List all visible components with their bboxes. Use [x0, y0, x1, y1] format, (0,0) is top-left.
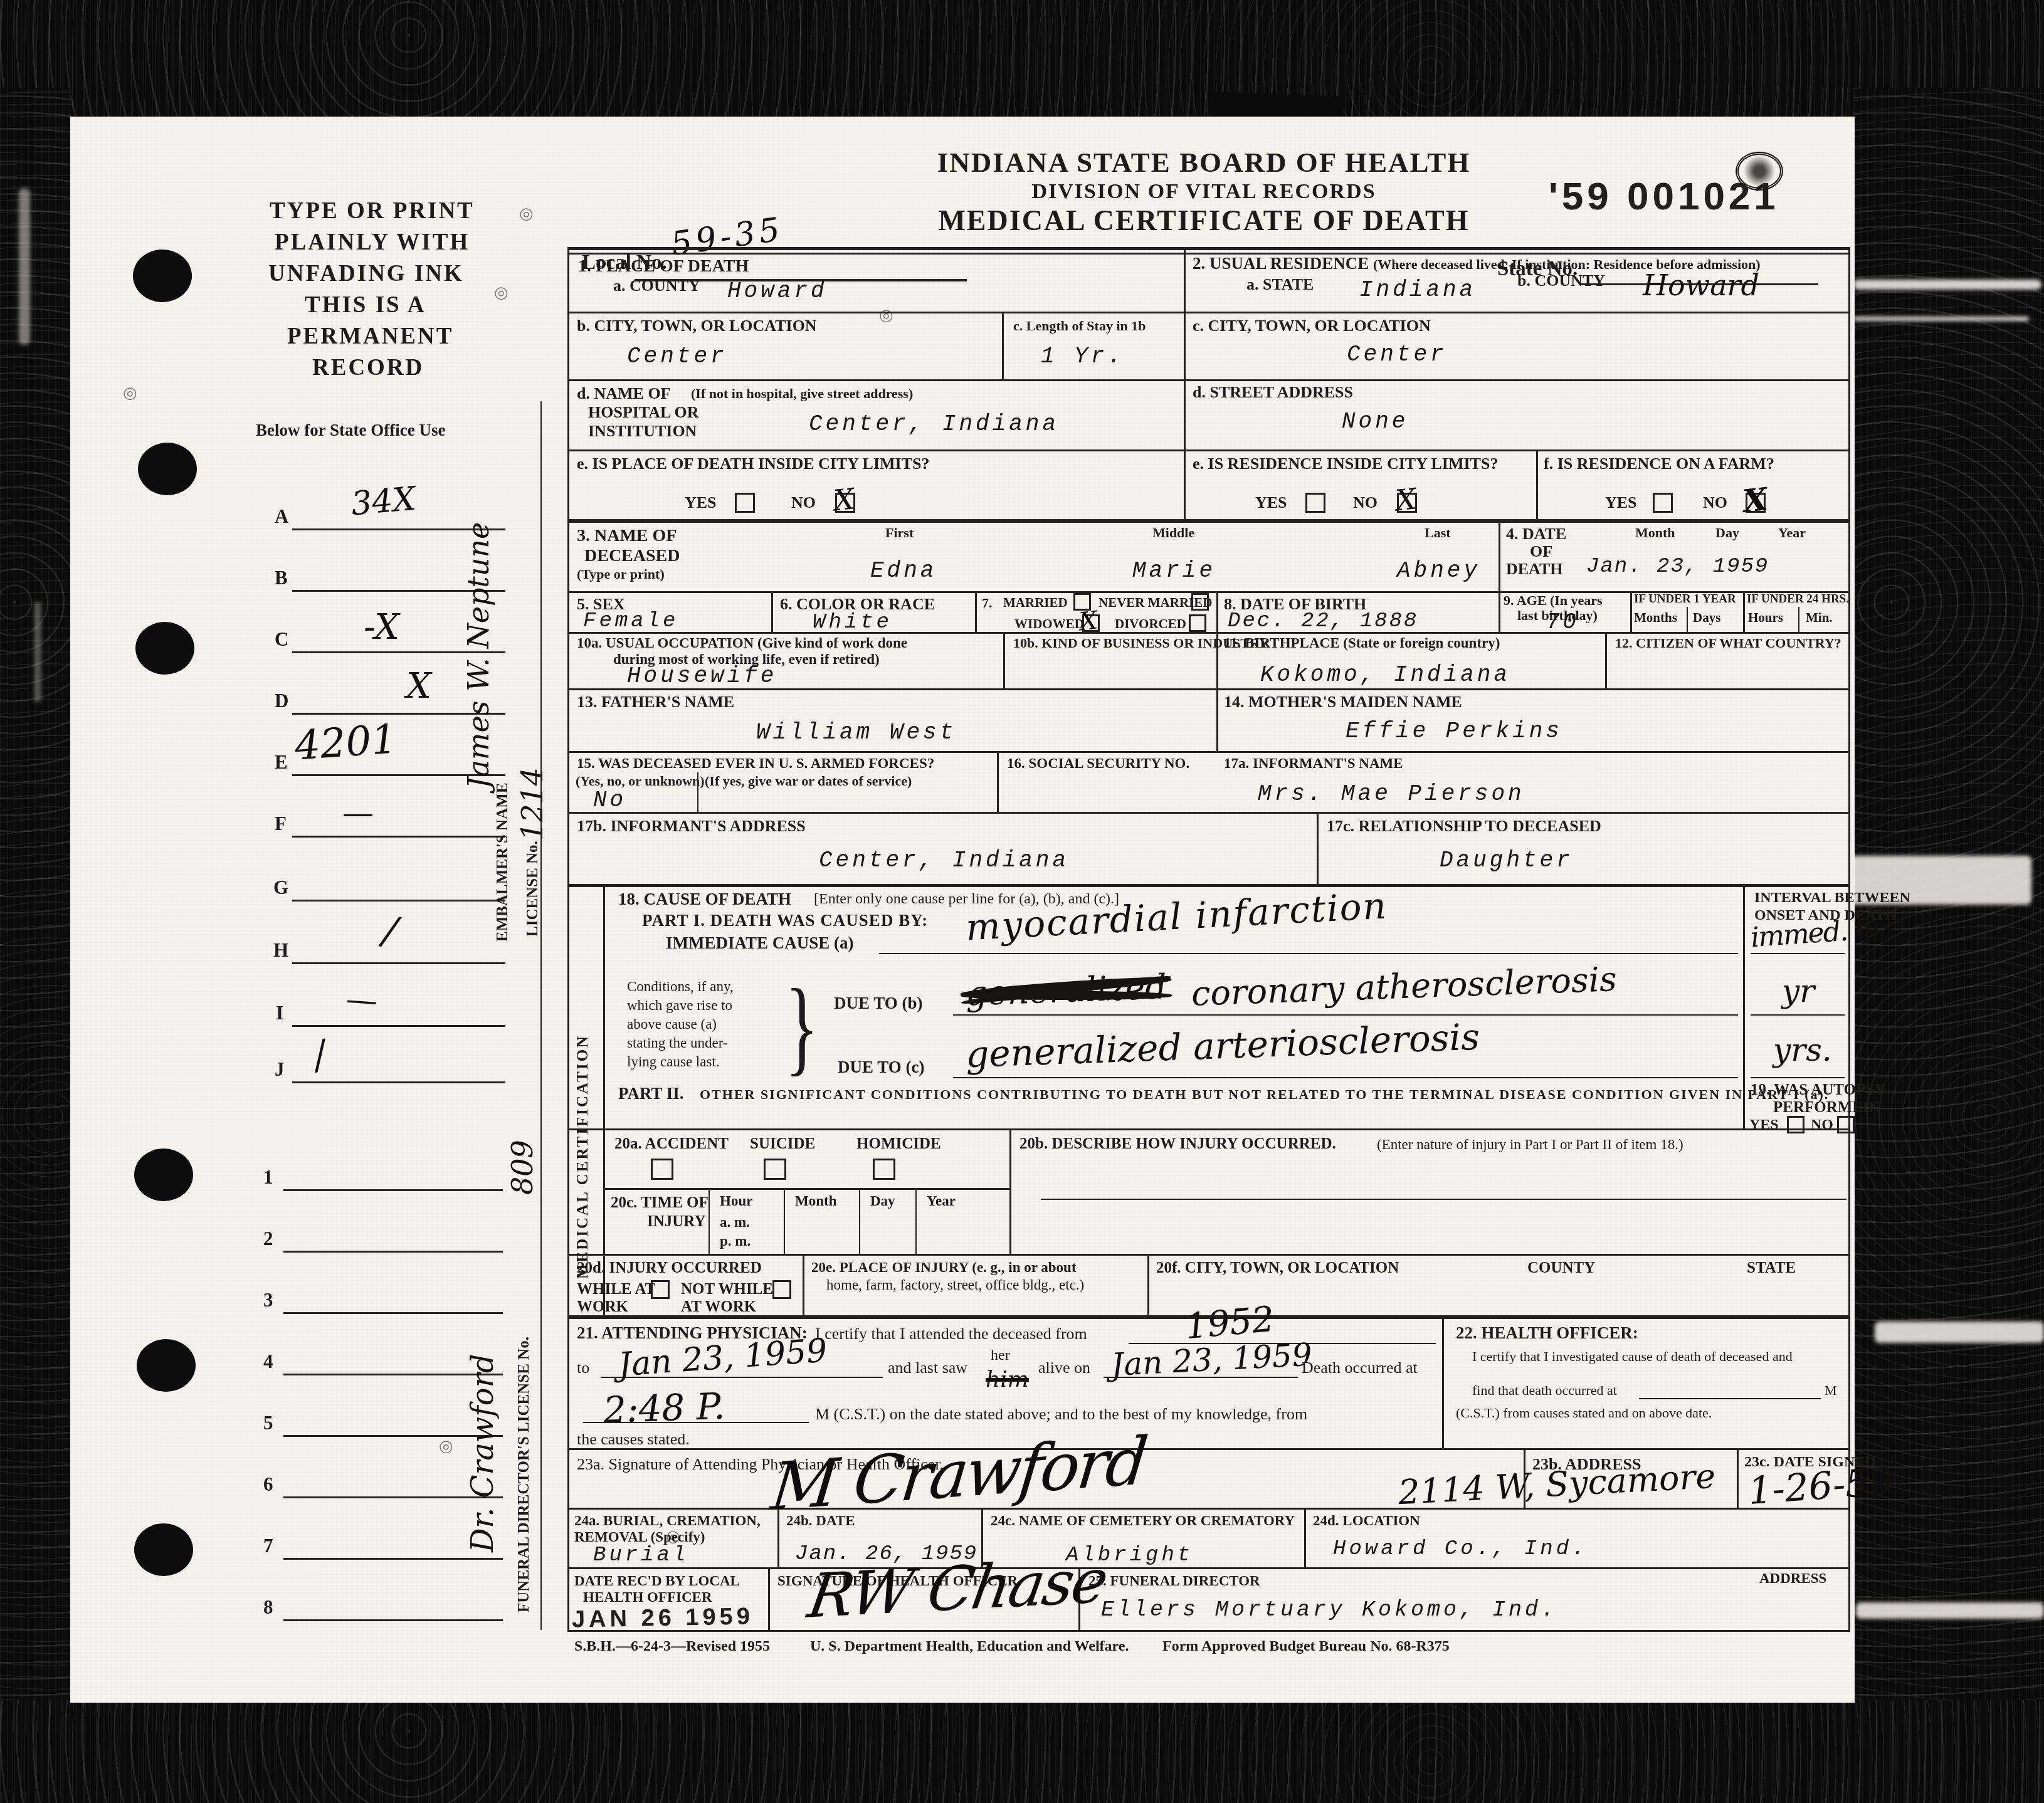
part2-label: PART II. — [618, 1085, 684, 1102]
location-value: Howard Co., Ind. — [1333, 1537, 1588, 1561]
conditions-note-line: stating the under- — [627, 1036, 728, 1051]
usual-residence-title: 2. USUAL RESIDENCE — [1193, 255, 1369, 272]
work-label: WORK — [577, 1299, 628, 1315]
informant-value: Mrs. Mae Pierson — [1258, 781, 1525, 807]
cst-text: M (C.S.T.) on the date stated above; and… — [815, 1406, 1307, 1422]
rule — [567, 519, 1850, 523]
day-label: Day — [870, 1194, 895, 1209]
margin-number: 1 — [263, 1167, 273, 1188]
rule — [567, 1508, 1850, 1510]
last-name-label: Last — [1425, 525, 1451, 540]
interval-b-handwritten: yr — [1782, 973, 1815, 1009]
no-label: NO — [1703, 494, 1727, 511]
burial-label2: REMOVAL (Specify) — [574, 1530, 705, 1545]
embalmer-name-label: EMBALMER'S NAME — [494, 785, 512, 942]
residence-city-limits-label: e. IS RESIDENCE INSIDE CITY LIMITS? — [1193, 455, 1498, 472]
year-label: Year — [1778, 525, 1806, 540]
hospital-value: Center, Indiana — [809, 411, 1059, 437]
rule — [567, 247, 569, 1631]
age-label1: 9. AGE (In years — [1504, 593, 1603, 607]
min-label: Min. — [1806, 611, 1833, 624]
autopsy-no-checkbox — [1837, 1116, 1855, 1133]
am-label: a. m. — [720, 1215, 750, 1230]
margin-number: 4 — [263, 1352, 273, 1372]
margin-row-value: 34X — [350, 480, 418, 523]
divorced-checkbox — [1189, 614, 1206, 632]
residence-county-label: b. COUNTY — [1517, 272, 1605, 289]
embalmer-name-handwritten: James W. Neptune — [461, 507, 495, 789]
homicide-label: HOMICIDE — [856, 1136, 941, 1152]
deceased-title2: DECEASED — [584, 547, 680, 565]
rule — [1751, 1014, 1845, 1016]
rule — [1737, 1448, 1739, 1508]
rule — [603, 1188, 1009, 1190]
rule — [1317, 812, 1319, 884]
rule — [567, 1128, 1850, 1130]
due-to-c-label: DUE TO (c) — [838, 1058, 925, 1076]
film-streak — [1875, 1322, 2044, 1343]
rule — [1639, 1398, 1821, 1399]
registration-mark: ◎ — [439, 1437, 453, 1456]
ssn-label: 16. SOCIAL SECURITY NO. — [1007, 756, 1189, 771]
embalmer-license-value: 1214 — [515, 750, 549, 841]
accident-label: 20a. ACCIDENT — [614, 1136, 729, 1152]
rule — [540, 401, 542, 1630]
rule — [915, 1188, 917, 1254]
rule — [803, 1254, 804, 1315]
margin-number: 5 — [263, 1413, 273, 1434]
age-value: 70 — [1546, 609, 1579, 635]
rule — [1536, 449, 1538, 520]
year-label: Year — [927, 1194, 956, 1209]
not-while-at-work-checkbox — [772, 1280, 791, 1299]
months-label: Months — [1634, 611, 1677, 624]
margin-row-label: H — [273, 940, 288, 961]
film-streak — [19, 188, 30, 345]
conditions-note-line: Conditions, if any, — [627, 979, 734, 994]
punch-hole — [134, 1523, 193, 1576]
causes-stated-text: the causes stated. — [577, 1431, 690, 1448]
immediate-cause-label: IMMEDIATE CAUSE (a) — [666, 934, 854, 952]
part2-text: OTHER SIGNIFICANT CONDITIONS CONTRIBUTIN… — [700, 1087, 1829, 1101]
rule — [784, 1188, 785, 1254]
marital-number: 7. — [982, 596, 993, 610]
rule — [283, 1251, 503, 1253]
pm-label: p. m. — [720, 1234, 751, 1249]
date-of-death-label2: OF — [1530, 543, 1552, 560]
deceased-title3: (Type or print) — [577, 567, 665, 581]
while-at-label: WHILE AT — [577, 1281, 655, 1298]
rule — [1216, 591, 1218, 751]
yes-label: YES — [685, 494, 717, 511]
film-border-left — [0, 88, 71, 1803]
cause-b-struck-word: generalized — [965, 967, 1167, 1013]
margin-row-value: — — [345, 980, 379, 1019]
married-label: MARRIED — [1003, 596, 1068, 609]
health-officer-line2: find that death occurred at — [1472, 1383, 1617, 1397]
registration-mark: ◎ — [494, 283, 508, 302]
rule — [859, 1188, 860, 1254]
funeral-license-label: FUNERAL DIRECTOR'S LICENSE No. — [515, 1199, 533, 1612]
rule — [567, 449, 1850, 451]
rule — [1304, 1508, 1306, 1567]
punch-hole — [134, 1149, 193, 1201]
rule — [953, 1077, 1738, 1078]
injury-county-label: COUNTY — [1527, 1260, 1595, 1276]
rule — [292, 1081, 505, 1083]
margin-instruction-line: THIS IS A — [305, 293, 426, 318]
margin-row-value: — — [342, 795, 374, 831]
rule — [292, 1025, 505, 1027]
film-streak — [1853, 280, 2041, 290]
hospital-label: d. NAME OF — [577, 385, 671, 402]
middle-name-value: Marie — [1132, 558, 1216, 584]
farm-label: f. IS RESIDENCE ON A FARM? — [1544, 455, 1774, 472]
rule — [1743, 591, 1745, 632]
margin-number: 2 — [263, 1229, 273, 1249]
day-label: Day — [1715, 525, 1739, 540]
month-label: Month — [795, 1194, 836, 1209]
widowed-label: WIDOWED — [1014, 617, 1084, 631]
punch-hole — [138, 443, 197, 495]
rule — [283, 1558, 503, 1560]
armed-forces-value: No — [593, 787, 626, 813]
street-address-value: None — [1342, 409, 1408, 434]
county-label: a. COUNTY — [613, 277, 700, 294]
death-city-limits-label: e. IS PLACE OF DEATH INSIDE CITY LIMITS? — [577, 455, 929, 472]
to-label: to — [577, 1359, 589, 1376]
informant-address-label: 17b. INFORMANT'S ADDRESS — [577, 817, 806, 834]
place-of-death-title: 1. PLACE OF DEATH — [578, 257, 749, 275]
injury-city-label: 20f. CITY, TOWN, OR LOCATION — [1156, 1260, 1399, 1276]
residence-city-value: Center — [1347, 342, 1447, 367]
rule — [768, 1567, 770, 1630]
armed-forces-label: 15. WAS DECEASED EVER IN U. S. ARMED FOR… — [577, 756, 934, 771]
residence-state-label: a. STATE — [1246, 276, 1314, 293]
time-of-injury-label1: 20c. TIME OF — [611, 1195, 709, 1211]
occupation-label1: 10a. USUAL OCCUPATION (Give kind of work… — [577, 636, 907, 651]
health-officer-line3: (C.S.T.) from causes stated and on above… — [1456, 1406, 1712, 1420]
death-occurred-text: Death occurred at — [1302, 1359, 1418, 1376]
due-to-b-label: DUE TO (b) — [834, 994, 923, 1012]
conditions-note-line: above cause (a) — [627, 1017, 717, 1032]
margin-row-label: F — [275, 814, 287, 834]
hospital-note: (If not in hospital, give street address… — [691, 386, 913, 401]
yes-checkbox — [735, 493, 755, 513]
date-of-death-label1: 4. DATE — [1506, 525, 1566, 542]
injury-state-label: STATE — [1747, 1260, 1796, 1276]
rule — [771, 591, 773, 632]
cause-of-death-title: 18. CAUSE OF DEATH — [618, 890, 791, 908]
no-label: NO — [1353, 494, 1378, 511]
city-value: Center — [627, 344, 727, 369]
margin-row-label: A — [275, 507, 288, 527]
rule — [292, 900, 505, 901]
date-recd-label2: HEALTH OFFICER — [583, 1590, 712, 1605]
first-name-value: Edna — [870, 558, 937, 584]
rule — [1002, 312, 1004, 379]
rule — [975, 591, 977, 632]
hours-label: Hours — [1748, 611, 1783, 624]
rule — [283, 1619, 503, 1621]
burial-label1: 24a. BURIAL, CREMATION, — [574, 1513, 761, 1528]
embalmer-license-label: LICENSE No. — [524, 843, 542, 937]
health-officer-line1: I certify that I investigated cause of d… — [1472, 1349, 1793, 1364]
margin-number: 3 — [263, 1290, 273, 1311]
sex-value: Female — [583, 609, 678, 633]
mother-name-value: Effie Perkins — [1346, 718, 1562, 744]
margin-row-label: D — [275, 691, 288, 712]
rule — [1442, 1315, 1444, 1448]
rule — [567, 632, 1850, 634]
autopsy-label1: 19. WAS AUTOPSY — [1751, 1082, 1885, 1098]
injury-occurred-label: 20d. INJURY OCCURRED — [577, 1260, 762, 1276]
rule — [583, 1422, 809, 1423]
rule — [567, 379, 1850, 381]
margin-number: 6 — [263, 1474, 273, 1495]
widowed-x-mark: X — [1078, 606, 1099, 637]
informant-address-value: Center, Indiana — [819, 848, 1069, 873]
rule — [953, 1014, 1738, 1016]
homicide-checkbox — [873, 1159, 895, 1180]
at-work-label: AT WORK — [681, 1299, 756, 1315]
date-recd-label1: DATE REC'D BY LOCAL — [574, 1574, 740, 1589]
margin-row-value: X — [406, 666, 431, 707]
margin-number: 7 — [263, 1536, 273, 1557]
place-of-injury-label1: 20e. PLACE OF INJURY (e. g., in or about — [811, 1260, 1077, 1275]
under-24-hrs-label: IF UNDER 24 HRS. — [1747, 593, 1849, 606]
footer-budget-bureau: Form Approved Budget Bureau No. 68-R375 — [1162, 1639, 1450, 1654]
rule — [1499, 519, 1500, 632]
yes-checkbox — [1305, 493, 1325, 513]
footer-form-number: S.B.H.—6-24-3—Revised 1955 — [574, 1639, 770, 1654]
birthplace-value: Kokomo, Indiana — [1260, 662, 1510, 688]
stay-value: 1 Yr. — [1041, 344, 1124, 369]
no-label: NO — [1811, 1117, 1833, 1133]
film-border-bottom — [0, 1700, 2044, 1803]
margin-row-label: J — [275, 1059, 285, 1080]
no-label: NO — [791, 494, 816, 511]
informant-label: 17a. INFORMANT'S NAME — [1224, 756, 1403, 771]
office-use-label: Below for State Office Use — [256, 421, 445, 439]
while-at-work-checkbox — [651, 1280, 670, 1299]
under-1-year-label: IF UNDER 1 YEAR — [1634, 593, 1736, 606]
race-value: White — [813, 611, 892, 634]
suicide-label: SUICIDE — [750, 1136, 815, 1152]
margin-instruction-line: RECORD — [312, 356, 424, 381]
rule — [567, 751, 1850, 753]
yes-label: YES — [1749, 1117, 1779, 1133]
date-of-death-label3: DEATH — [1506, 560, 1563, 577]
conditions-note-line: lying cause last. — [627, 1054, 720, 1070]
relationship-label: 17c. RELATIONSHIP TO DECEASED — [1327, 817, 1601, 834]
rule — [1003, 632, 1005, 688]
registration-mark: ◎ — [519, 204, 534, 223]
date-of-birth-value: Dec. 22, 1888 — [1228, 609, 1418, 633]
film-border-top — [0, 0, 2044, 118]
citizen-label: 12. CITIZEN OF WHAT COUNTRY? — [1615, 636, 1841, 650]
rule — [567, 1448, 1850, 1450]
funeral-director-handwritten: Dr. Crawford — [465, 1314, 500, 1552]
rule — [567, 1630, 1850, 1632]
rule — [1798, 607, 1799, 632]
burial-date-label: 24b. DATE — [786, 1513, 855, 1528]
film-border-right — [1853, 88, 2044, 1803]
residence-city-label: c. CITY, TOWN, OR LOCATION — [1193, 317, 1431, 334]
margin-row-label: G — [273, 878, 288, 898]
rule — [1751, 953, 1845, 954]
punch-hole — [133, 250, 192, 302]
cemetery-label: 24c. NAME OF CEMETERY OR CREMATORY — [991, 1513, 1295, 1528]
rule — [1751, 1077, 1845, 1078]
rule — [567, 247, 1850, 250]
street-address-label: d. STREET ADDRESS — [1193, 384, 1353, 401]
date-received-stamp: JAN 26 1959 — [572, 1603, 754, 1633]
him-struck: him — [986, 1367, 1029, 1392]
armed-forces-note2: (If yes, give war or dates of service) — [705, 774, 912, 788]
hospital-label3: INSTITUTION — [588, 423, 697, 439]
rule — [292, 962, 505, 964]
rule — [879, 953, 1738, 954]
margin-row-value: 4201 — [293, 716, 399, 769]
rule — [567, 884, 1850, 887]
rule — [567, 812, 1850, 814]
no-x-mark: X — [1394, 481, 1418, 517]
never-married-checkbox — [1191, 593, 1209, 611]
armed-forces-note1: (Yes, no, or unknown) — [576, 774, 705, 788]
funeral-director-label: 25. FUNERAL DIRECTOR — [1088, 1574, 1260, 1589]
rule — [1147, 1254, 1149, 1315]
conditions-brace: } — [785, 970, 818, 1083]
rule — [1009, 1128, 1011, 1254]
deceased-title1: 3. NAME OF — [577, 527, 677, 545]
margin-row-label: C — [275, 629, 288, 650]
relationship-value: Daughter — [1440, 848, 1573, 873]
division-title: DIVISION OF VITAL RECORDS — [734, 181, 1674, 203]
no-x-mark: X — [1741, 480, 1769, 520]
funeral-director-address-label: ADDRESS — [1759, 1571, 1826, 1586]
rule — [1184, 247, 1186, 520]
county-value: Howard — [727, 278, 828, 304]
rule — [292, 836, 505, 838]
seal-icon — [1736, 152, 1783, 191]
alive-on-text: alive on — [1038, 1359, 1090, 1376]
days-label: Days — [1693, 611, 1720, 624]
yes-label: YES — [1255, 494, 1287, 511]
stay-label: c. Length of Stay in 1b — [1013, 318, 1146, 333]
birthplace-label: 11. BIRTHPLACE (State or foreign country… — [1224, 636, 1500, 651]
describe-injury-note: (Enter nature of injury in Part I or Par… — [1377, 1137, 1683, 1152]
father-name-value: William West — [756, 720, 956, 745]
margin-number: 8 — [263, 1597, 273, 1618]
punch-hole — [135, 622, 194, 675]
hour-label: Hour — [720, 1194, 752, 1209]
date-of-death-value: Jan. 23, 1959 — [1586, 555, 1769, 579]
place-of-injury-label2: home, farm, factory, street, office bldg… — [826, 1278, 1084, 1293]
margin-row-label: E — [275, 752, 288, 773]
interval-c-handwritten: yrs. — [1773, 1032, 1832, 1068]
rule — [567, 1567, 1850, 1569]
father-name-label: 13. FATHER'S NAME — [577, 693, 734, 710]
interval-label1: INTERVAL BETWEEN — [1754, 890, 1910, 906]
registration-mark: ◎ — [879, 306, 893, 325]
city-label: b. CITY, TOWN, OR LOCATION — [577, 317, 817, 334]
health-officer-label: 22. HEALTH OFFICER: — [1456, 1324, 1638, 1342]
divorced-label: DIVORCED — [1115, 617, 1186, 631]
location-label: 24d. LOCATION — [1313, 1513, 1420, 1528]
margin-instruction-line: TYPE OR PRINT — [270, 199, 475, 224]
rule — [283, 1189, 503, 1191]
rule — [1687, 607, 1688, 632]
scanned-death-certificate: ◎ ◎ ◎ ◎ ◎ ◎ TYPE OR PRINT PLAINLY WITH U… — [0, 0, 2044, 1803]
yes-label: YES — [1605, 494, 1637, 511]
margin-instruction-line: UNFADING INK — [268, 262, 464, 286]
describe-injury-label: 20b. DESCRIBE HOW INJURY OCCURRED. — [1019, 1136, 1336, 1152]
margin-row-label: B — [275, 568, 288, 589]
rule — [1630, 591, 1632, 632]
margin-row-label: I — [276, 1003, 283, 1024]
rule — [1605, 632, 1607, 688]
conditions-note-line: which gave rise to — [627, 998, 732, 1013]
first-name-label: First — [885, 525, 914, 540]
footer-department: U. S. Department Health, Education and W… — [810, 1639, 1129, 1654]
margin-instruction-line: PERMANENT — [287, 325, 453, 349]
registration-mark: ◎ — [123, 384, 137, 402]
death-time-handwritten: 2:48 P. — [603, 1385, 726, 1432]
not-while-label: NOT WHILE — [681, 1281, 773, 1298]
no-x-mark: X — [832, 481, 856, 517]
medical-certification-side-label: MEDICAL CERTIFICATION — [574, 928, 592, 1279]
month-label: Month — [1635, 525, 1675, 540]
certify-text: I certify that I attended the deceased f… — [815, 1325, 1087, 1342]
her-typed: her — [991, 1348, 1010, 1364]
residence-state-value: Indiana — [1359, 277, 1476, 303]
autopsy-yes-checkbox — [1787, 1116, 1804, 1133]
residence-county-value: Howard — [1643, 268, 1759, 302]
film-streak — [1856, 1602, 2044, 1619]
part1-label: PART I. DEATH WAS CAUSED BY: — [642, 912, 928, 929]
film-streak — [34, 602, 41, 702]
accident-checkbox — [651, 1159, 673, 1180]
rule — [997, 751, 999, 812]
mother-name-label: 14. MOTHER'S MAIDEN NAME — [1224, 693, 1462, 710]
autopsy-label2: PERFORMED? — [1773, 1100, 1882, 1116]
burial-value: Burial — [593, 1543, 688, 1567]
last-saw-text: and last saw — [888, 1359, 967, 1376]
rule — [1041, 1199, 1846, 1200]
rule — [709, 1188, 710, 1254]
certificate-title: MEDICAL CERTIFICATE OF DEATH — [734, 206, 1674, 236]
last-name-value: Abney — [1397, 558, 1480, 584]
time-of-injury-label2: INJURY — [647, 1214, 706, 1230]
film-streak — [1853, 317, 2029, 321]
punch-hole — [137, 1339, 196, 1392]
board-title: INDIANA STATE BOARD OF HEALTH — [734, 148, 1674, 177]
margin-row-value: -X — [364, 607, 399, 648]
yes-checkbox — [1653, 493, 1673, 513]
funeral-director-value: Ellers Mortuary Kokomo, Ind. — [1101, 1597, 1557, 1622]
rule — [567, 1254, 1850, 1256]
middle-name-label: Middle — [1152, 525, 1194, 540]
margin-instruction-line: PLAINLY WITH — [275, 231, 470, 255]
hospital-label2: HOSPITAL OR — [588, 404, 699, 421]
m-label: M — [1825, 1383, 1837, 1397]
rule — [603, 884, 605, 1315]
rule — [567, 312, 1850, 313]
funeral-license-value: 809 — [505, 1126, 539, 1195]
occupation-value: Housewife — [627, 663, 777, 689]
suicide-checkbox — [764, 1159, 786, 1180]
